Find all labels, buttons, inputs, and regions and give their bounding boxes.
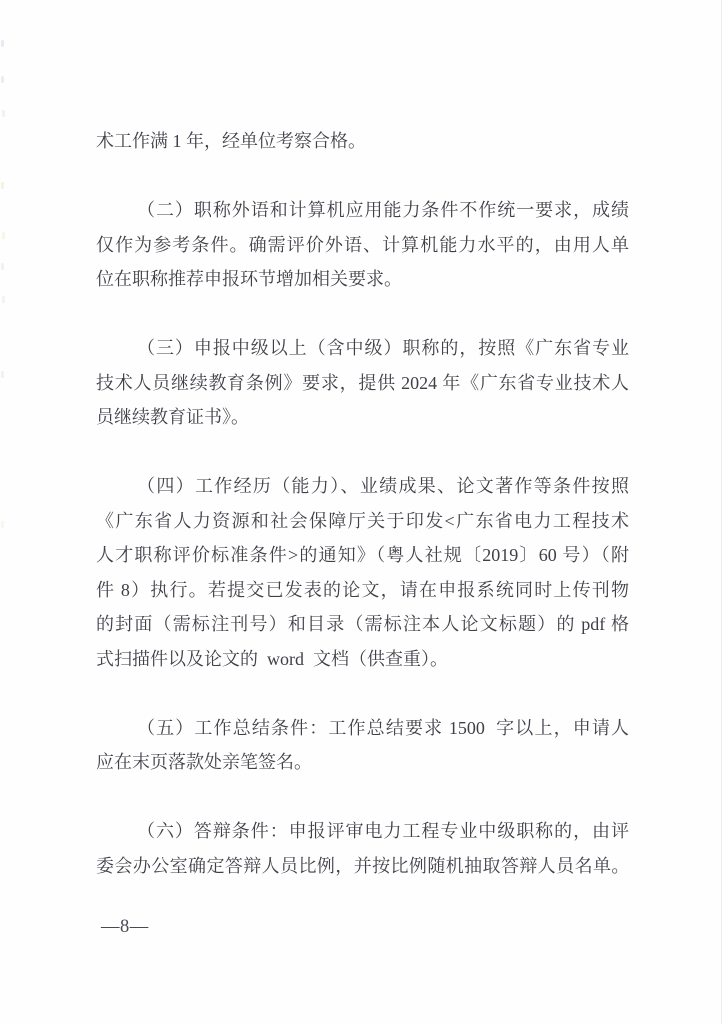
scan-artifact xyxy=(1,371,4,378)
page-number: —8— xyxy=(101,917,149,938)
paragraph-item-4: （四）工作经历（能力）、业绩成果、论文著作等条件按照 《广东省人力资源和社会保障… xyxy=(96,469,629,676)
paragraph-continuation: 术工作满 1 年，经单位考察合格。 xyxy=(96,124,629,159)
paragraph-item-2: （二）职称外语和计算机应用能力条件不作统一要求，成绩 仅作为参考条件。确需评价外… xyxy=(96,193,629,297)
text-line: 技术人员继续教育条例》要求，提供 2024 年《广东省专业技术人 xyxy=(96,366,629,401)
page-edge-shadow xyxy=(721,0,722,1024)
scan-artifact xyxy=(2,232,5,239)
text-line: 仅作为参考条件。确需评价外语、计算机能力水平的，由用人单 xyxy=(96,228,629,263)
scan-artifact xyxy=(1,521,4,528)
text-line: 员继续教育证书》。 xyxy=(96,400,629,435)
scanned-document-page: 术工作满 1 年，经单位考察合格。 （二）职称外语和计算机应用能力条件不作统一要… xyxy=(0,0,723,1024)
scan-artifact xyxy=(1,182,4,189)
text-line: 位在职称推荐申报环节增加相关要求。 xyxy=(96,262,629,297)
text-line: （三）申报中级以上（含中级）职称的，按照《广东省专业 xyxy=(96,331,629,366)
text-line: 式扫描件以及论文的 word 文档（供查重）。 xyxy=(96,642,629,677)
text-line: （六）答辩条件：申报评审电力工程专业中级职称的，由评 xyxy=(96,814,629,849)
scan-artifact xyxy=(1,40,4,47)
text-line: （二）职称外语和计算机应用能力条件不作统一要求，成绩 xyxy=(96,193,629,228)
scan-artifact xyxy=(2,296,5,303)
scan-artifact xyxy=(1,263,4,270)
paragraph-item-6: （六）答辩条件：申报评审电力工程专业中级职称的，由评 委会办公室确定答辩人员比例… xyxy=(96,814,629,883)
text-line: 应在末页落款处亲笔签名。 xyxy=(96,745,629,780)
text-line: （五）工作总结条件：工作总结要求 1500 字以上，申请人 xyxy=(96,711,629,746)
text-line: 《广东省人力资源和社会保障厅关于印发<广东省电力工程技术 xyxy=(96,504,629,539)
text-line: 委会办公室确定答辩人员比例，并按比例随机抽取答辩人员名单。 xyxy=(96,849,629,884)
paragraph-item-3: （三）申报中级以上（含中级）职称的，按照《广东省专业 技术人员继续教育条例》要求… xyxy=(96,331,629,435)
text-line: 的封面（需标注刊号）和目录（需标注本人论文标题）的 pdf 格 xyxy=(96,607,629,642)
text-line: 人才职称评价标准条件>的通知》（粤人社规〔2019〕60 号）（附 xyxy=(96,538,629,573)
scan-artifact xyxy=(2,110,5,117)
scan-artifact xyxy=(1,76,4,83)
text-line: 件 8）执行。若提交已发表的论文，请在申报系统同时上传刊物 xyxy=(96,573,629,608)
document-body: 术工作满 1 年，经单位考察合格。 （二）职称外语和计算机应用能力条件不作统一要… xyxy=(96,124,629,918)
text-line: （四）工作经历（能力）、业绩成果、论文著作等条件按照 xyxy=(96,469,629,504)
text-line: 术工作满 1 年，经单位考察合格。 xyxy=(96,124,629,159)
paragraph-item-5: （五）工作总结条件：工作总结要求 1500 字以上，申请人 应在末页落款处亲笔签… xyxy=(96,711,629,780)
